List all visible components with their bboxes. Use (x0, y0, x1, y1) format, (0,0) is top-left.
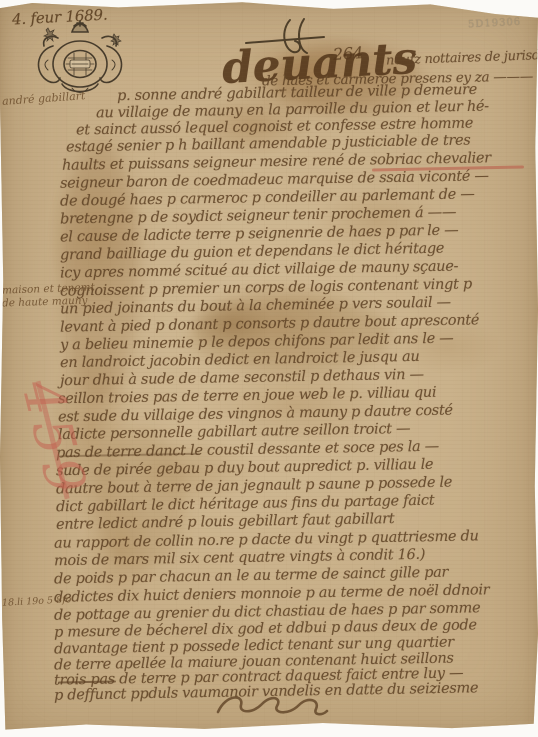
document-photo: 4. feur 1689. (0, 0, 538, 737)
manuscript-paper: 4. feur 1689. (0, 0, 538, 737)
pencil-archive-ref: 5D19306 (468, 17, 522, 31)
margin-note: andré gabillart (2, 89, 86, 108)
bottom-flourish-icon (212, 690, 332, 724)
